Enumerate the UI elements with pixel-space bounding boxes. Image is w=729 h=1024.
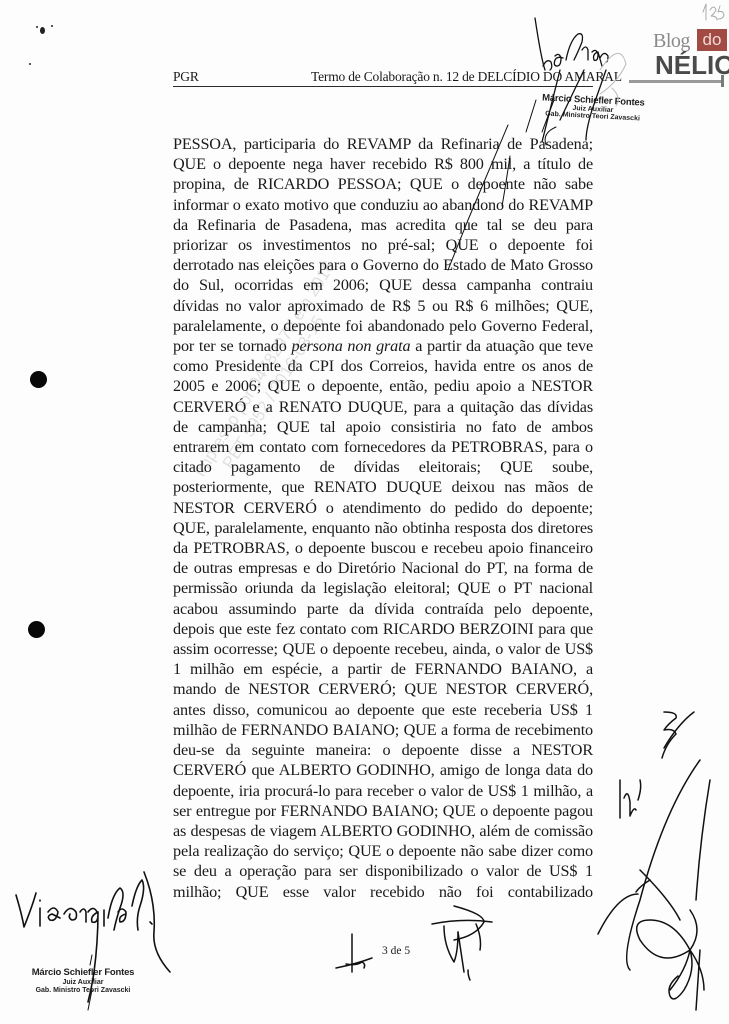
right-signature-1 (432, 906, 492, 980)
scan-speck (36, 26, 38, 28)
text-line: 1 milhão em espécie, a partir de FERNAND… (173, 659, 593, 679)
scan-speck (29, 63, 31, 65)
scan-speck (51, 25, 53, 27)
text-line: mando de NESTOR CERVERÓ; QUE NESTOR CERV… (173, 679, 593, 699)
page-header: PGR Termo de Colaboração n. 12 de DELCÍD… (173, 68, 593, 87)
text-line: depoente, iria procurá-lo para receber o… (173, 781, 593, 801)
text-line: dívidas no valor aproximado de R$ 5 ou R… (173, 296, 593, 316)
text-line: propina, de RICARDO PESSOA; QUE o depoen… (173, 174, 593, 194)
text-line: se deu a operação para ser disponibiliza… (173, 861, 593, 881)
stamp-office: Gab. Ministro Teori Zavascki (18, 987, 148, 994)
text-line: pela realização do serviço; QUE o depoen… (173, 841, 593, 861)
judge-stamp-bottom: Márcio Schiefler Fontes Juiz Auxiliar Ga… (18, 968, 148, 994)
text-line: PESSOA, participaria do REVAMP da Refina… (173, 134, 593, 154)
text-line: deu-se da seguinte maneira: o depoente d… (173, 740, 593, 760)
text-line: depois que este fez contato com RICARDO … (173, 619, 593, 639)
handwritten-page-number (703, 4, 724, 20)
text-line: derrotado nas eleições para o Governo do… (173, 255, 593, 275)
header-org: PGR (173, 68, 199, 86)
text-line: CERVERÓ que ALBERTO GODINHO, amigo de lo… (173, 760, 593, 780)
text-fragment: por ter se tornado (173, 337, 292, 355)
text-line: posteriormente, que RENATO DUQUE deixou … (173, 477, 593, 497)
stamp-role: Juiz Auxiliar (18, 979, 148, 986)
scan-speck (40, 27, 45, 34)
punch-hole-bottom (28, 621, 45, 638)
italic-phrase: persona non grata (292, 337, 411, 355)
text-line: da PETROBRAS, o depoente buscou e recebe… (173, 538, 593, 558)
text-line: entrarem em contato com fornecedores da … (173, 437, 593, 457)
right-signature-2 (598, 712, 710, 1010)
text-line: QUE, paralelamente, enquanto não obtinha… (173, 518, 593, 538)
text-line: ser entregue por FERNANDO BAIANO; QUE o … (173, 801, 593, 821)
text-line: como Presidente da CPI dos Correios, hav… (173, 356, 593, 376)
logo-name: NÉLIO (655, 52, 729, 78)
text-line-italic: por ter se tornado persona non grata a p… (173, 336, 593, 356)
judge-stamp-top: Márcio Schiefler Fontes Juiz Auxiliar Ga… (517, 92, 668, 123)
deposition-text: PESSOA, participaria do REVAMP da Refina… (173, 134, 593, 902)
text-line: QUE o depoente nega haver recebido R$ 80… (173, 154, 593, 174)
text-line: da Refinaria de Pasadena, mas acredita q… (173, 215, 593, 235)
center-signature (336, 934, 372, 972)
text-line: milhão de FERNANDO BAIANO; QUE a forma d… (173, 720, 593, 740)
text-line: citado pagamento de dívidas eleitorais; … (173, 457, 593, 477)
text-line: do Sul, ocorridas em 2006; QUE dessa cam… (173, 275, 593, 295)
page-number: 3 de 5 (382, 945, 410, 957)
text-fragment: a partir da atuação que teve (410, 337, 593, 355)
text-line: milhão; QUE esse valor recebido não foi … (173, 882, 593, 902)
logo-do-box: do (697, 29, 727, 51)
blog-logo: Blog do NÉLIO (625, 20, 729, 84)
stamp-name: Márcio Schiefler Fontes (18, 968, 148, 978)
header-title: Termo de Colaboração n. 12 de DELCÍDIO D… (311, 68, 622, 86)
text-line: antes disso, comunicou ao depoente que e… (173, 700, 593, 720)
document-page: Blog do NÉLIO PGR Termo de Colaboração n… (0, 0, 729, 1024)
text-line: permissão oriunda da legislação eleitora… (173, 578, 593, 598)
text-line: paralelamente, o depoente foi abandonado… (173, 316, 593, 336)
text-line: acabou assumindo parte da dívida contraí… (173, 599, 593, 619)
text-line: NESTOR CERVERÓ o atendimento do pedido d… (173, 498, 593, 518)
logo-bar-end (721, 75, 724, 87)
text-line: priorizar os investimentos no pré-sal; Q… (173, 235, 593, 255)
text-line: CERVERÓ e a RENATO DUQUE, para a quitaçã… (173, 397, 593, 417)
text-line: 2005 e 2006; QUE o depoente, então, pedi… (173, 376, 593, 396)
logo-bar (629, 80, 721, 83)
text-line: informar o exato motivo que conduziu ao … (173, 195, 593, 215)
text-line: assim ocorresse; QUE o depoente recebeu,… (173, 639, 593, 659)
text-line: as despesas de viagem ALBERTO GODINHO, a… (173, 821, 593, 841)
text-line: de outras empresas e do Diretório Nacion… (173, 558, 593, 578)
text-line: de campanha; QUE tal apoio consistiria n… (173, 417, 593, 437)
punch-hole-top (30, 371, 47, 388)
